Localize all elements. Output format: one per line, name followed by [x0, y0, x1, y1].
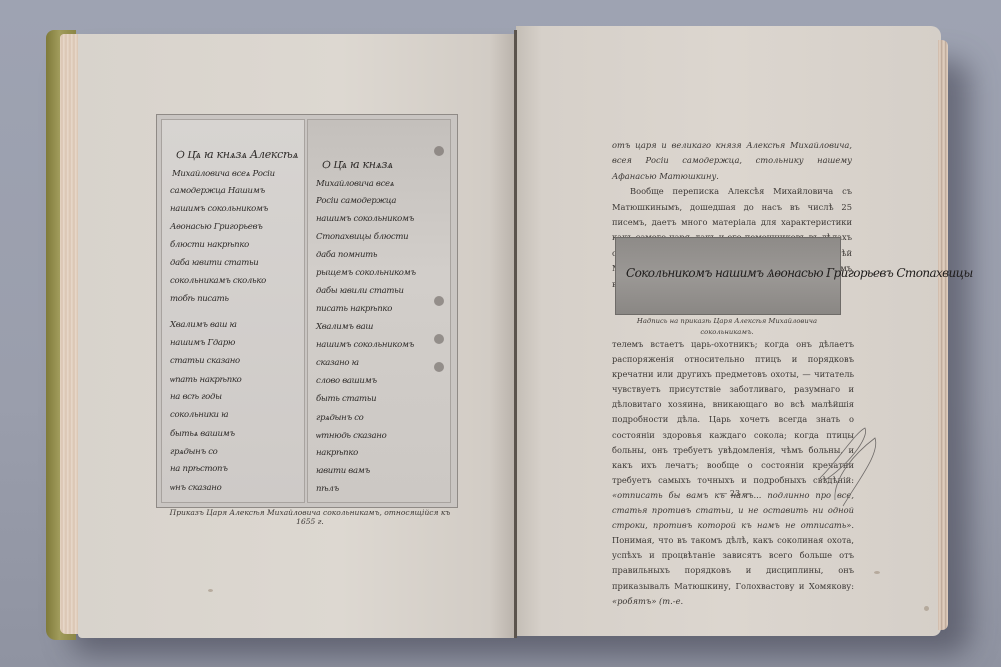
- manuscript-line: быть статьи: [316, 394, 376, 404]
- manuscript-line: на прѣстопъ: [170, 464, 228, 474]
- plate-caption: Приказъ Царя Алексѣя Михайловича сокольн…: [160, 508, 460, 526]
- inscription-caption: Надпись на приказѣ Царя Алексѣя Михайлов…: [615, 316, 839, 338]
- wax-seal-mark: [434, 334, 444, 344]
- pencil-mark-icon: [815, 418, 895, 508]
- paragraph-2-end: «робятъ» (т.-е.: [612, 596, 683, 606]
- manuscript-line: тобѣ писать: [170, 294, 229, 304]
- wax-seal-mark: [434, 296, 444, 306]
- manuscript-line: сказано ꙗ: [316, 358, 359, 368]
- manuscript-line: слово вашимъ: [316, 376, 377, 386]
- manuscript-line: нашимъ сокольникомъ: [316, 214, 414, 224]
- book-gutter: [514, 30, 517, 638]
- manuscript-line: Стопахвицы блюсти: [316, 232, 408, 242]
- manuscript-line: статьи сказано: [170, 356, 240, 366]
- manuscript-line: сокольникамъ сколько: [170, 276, 266, 286]
- inscription-plate: Сокольникомъ нашимъ Ѧѳонасью Григорьевъ …: [615, 237, 841, 315]
- wax-seal-mark: [434, 362, 444, 372]
- manuscript-line: пѣлъ: [316, 484, 339, 494]
- manuscript-line: ѡтнюдь сказано: [316, 430, 386, 441]
- manuscript-line: накрѣпко: [316, 448, 358, 458]
- right-page-edges: [938, 40, 948, 630]
- manuscript-line: Ѻ Ц҃ѧ ꙗ кнѧзѧ: [322, 158, 393, 171]
- manuscript-leaf-right: Ѻ Ц҃ѧ ꙗ кнѧзѧ Михайловича всеѧ Росіи сам…: [307, 119, 451, 503]
- inscription-script: Сокольникомъ нашимъ Ѧѳонасью Григорьевъ …: [626, 266, 973, 281]
- manuscript-line: грѧдынъ со: [170, 446, 218, 457]
- manuscript-line: Аѳонасью Григорьевъ: [170, 222, 262, 232]
- opening-italic-text: отъ царя и великаго князя Алексѣя Михайл…: [612, 138, 852, 184]
- foxing-spot: [924, 606, 929, 611]
- manuscript-line: Ѻ Ц҃ѧ ꙗ кнѧзѧ Алексѣѧ: [176, 148, 298, 161]
- manuscript-line: ѡпать накрѣпко: [170, 374, 242, 385]
- manuscript-line: Росіи самодержца: [316, 196, 396, 206]
- manuscript-line: самодержца Нашимъ: [170, 186, 265, 196]
- wax-seal-mark: [434, 146, 444, 156]
- manuscript-line: Михайловича всеѧ Росіи: [172, 168, 275, 179]
- manuscript-line: рыщемъ сокольникомъ: [316, 268, 416, 278]
- foxing-spot: [874, 571, 880, 574]
- manuscript-line: сокольники ꙗ: [170, 410, 228, 420]
- manuscript-line: писать накрѣпко: [316, 304, 392, 314]
- manuscript-line: на всѣ годы: [170, 392, 222, 402]
- manuscript-line: Хвалимъ ваш: [316, 322, 373, 332]
- manuscript-line: даба помнить: [316, 250, 377, 260]
- manuscript-plate: Ѻ Ц҃ѧ ꙗ кнѧзѧ Алексѣѧ Михайловича всеѧ Р…: [156, 114, 458, 508]
- manuscript-line: нашимъ Гдарю: [170, 338, 235, 348]
- manuscript-line: даба ꙗвити статьи: [170, 258, 258, 268]
- manuscript-line: дабы ꙗвили статьи: [316, 286, 404, 296]
- foxing-spot: [208, 589, 213, 592]
- manuscript-leaf-left: Ѻ Ц҃ѧ ꙗ кнѧзѧ Алексѣѧ Михайловича всеѧ Р…: [161, 119, 305, 503]
- manuscript-line: бытьѧ вашимъ: [170, 428, 235, 439]
- left-page-edges: [60, 34, 80, 634]
- manuscript-line: Михайловича всеѧ: [316, 178, 394, 189]
- manuscript-line: ꙗвити вамъ: [316, 466, 370, 476]
- manuscript-line: нашимъ сокольникомъ: [316, 340, 414, 350]
- manuscript-line: блюсти накрѣпко: [170, 240, 249, 250]
- paragraph-2-b: Понимая, что въ такомъ дѣлѣ, какъ соколи…: [612, 535, 854, 590]
- manuscript-line: ѡнъ сказано: [170, 482, 221, 493]
- manuscript-line: нашимъ сокольникомъ: [170, 204, 268, 214]
- page-number: — 23 —: [700, 489, 770, 498]
- manuscript-line: Хвалимъ ваш ꙗ: [170, 320, 237, 330]
- manuscript-line: грѧдынъ со: [316, 412, 364, 423]
